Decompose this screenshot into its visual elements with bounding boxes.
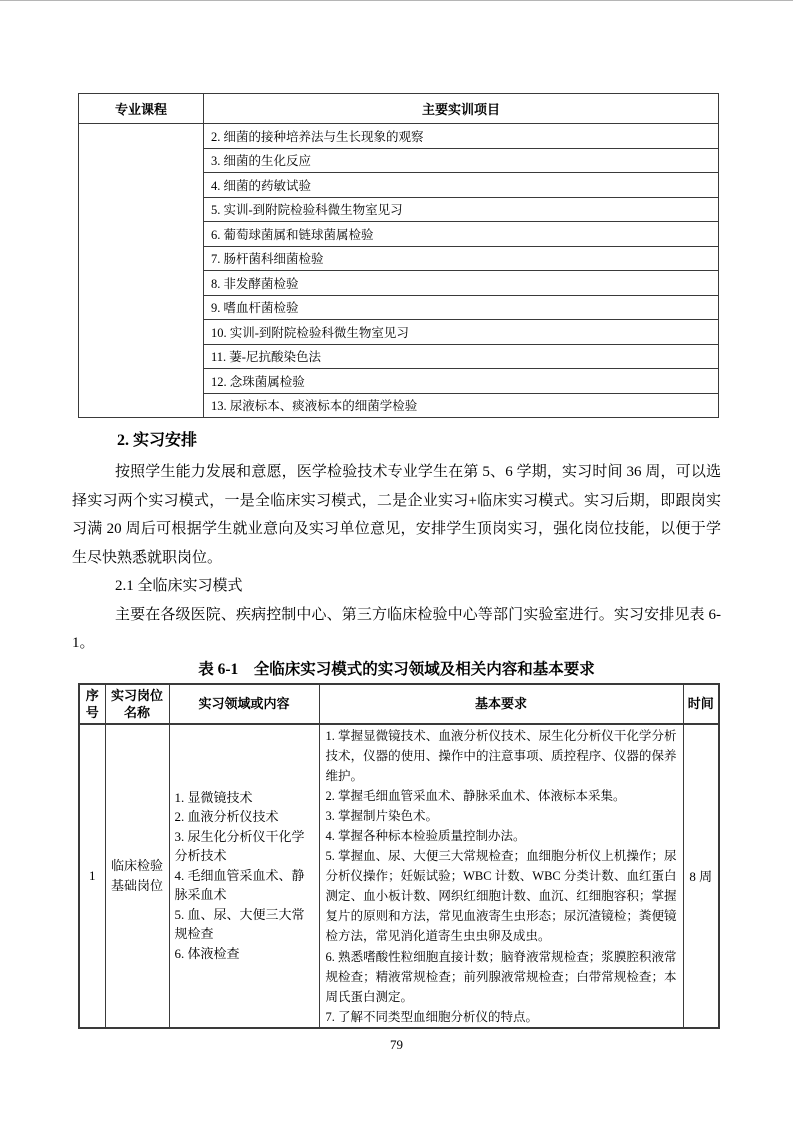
- section-heading: 2. 实习安排: [72, 430, 721, 452]
- table-caption: 表 6-1 全临床实习模式的实习领域及相关内容和基本要求: [72, 660, 721, 679]
- list-item: 1. 显微镜技术: [175, 788, 314, 808]
- training-item-cell: 13. 尿液标本、痰液标本的细菌学检验: [204, 393, 719, 418]
- duration-cell: 8 周: [683, 724, 719, 1028]
- training-item-cell: 11. 萋-尼抗酸染色法: [204, 344, 719, 369]
- table-header-row: 专业课程 主要实训项目: [79, 94, 719, 124]
- column-header-training-items: 主要实训项目: [204, 94, 719, 124]
- requirement-item: 2. 掌握毛细血管采血术、静脉采血术、体液标本采集。: [326, 786, 677, 806]
- column-header-seq: 序号: [79, 684, 105, 724]
- training-item-cell: 10. 实训-到附院检验科微生物室见习: [204, 320, 719, 345]
- training-item-cell: 6. 葡萄球菌属和链球菌属检验: [204, 222, 719, 247]
- course-name-cell: [79, 124, 204, 418]
- training-item-cell: 8. 非发酵菌检验: [204, 271, 719, 296]
- course-training-table: 专业课程 主要实训项目 2. 细菌的接种培养法与生长现象的观察 3. 细菌的生化…: [78, 93, 719, 418]
- requirements-cell: 1. 掌握显微镜技术、血液分析仪技术、尿生化分析仪干化学分析技术，仪器的使用、操…: [319, 724, 683, 1028]
- requirement-item: 3. 掌握制片染色术。: [326, 806, 677, 826]
- seq-cell: 1: [79, 724, 105, 1028]
- list-item: 4. 毛细血管采血术、静脉采血术: [175, 866, 314, 905]
- list-item: 5. 血、尿、大便三大常规检查: [175, 905, 314, 944]
- table-header-row: 序号 实习岗位名称 实习领域或内容 基本要求 时间: [79, 684, 719, 724]
- subsection-heading: 2.1 全临床实习模式: [72, 572, 721, 601]
- training-item-cell: 5. 实训-到附院检验科微生物室见习: [204, 197, 719, 222]
- column-header-course: 专业课程: [79, 94, 204, 124]
- training-item-cell: 4. 细菌的药敏试验: [204, 173, 719, 198]
- training-item-cell: 9. 嗜血杆菌检验: [204, 295, 719, 320]
- page-content: 专业课程 主要实训项目 2. 细菌的接种培养法与生长现象的观察 3. 细菌的生化…: [72, 93, 721, 1029]
- internship-table: 序号 实习岗位名称 实习领域或内容 基本要求 时间 1 临床检验基础岗位 1. …: [78, 683, 720, 1029]
- requirement-item: 1. 掌握显微镜技术、血液分析仪技术、尿生化分析仪干化学分析技术，仪器的使用、操…: [326, 726, 677, 786]
- training-item-cell: 2. 细菌的接种培养法与生长现象的观察: [204, 124, 719, 149]
- table-row: 1 临床检验基础岗位 1. 显微镜技术 2. 血液分析仪技术 3. 尿生化分析仪…: [79, 724, 719, 1028]
- list-item: 2. 血液分析仪技术: [175, 807, 314, 827]
- requirement-item: 7. 了解不同类型血细胞分析仪的特点。: [326, 1007, 677, 1027]
- body-paragraph: 按照学生能力发展和意愿，医学检验技术专业学生在第 5、6 学期，实习时间 36 …: [72, 458, 721, 572]
- requirement-item: 5. 掌握血、尿、大便三大常规检查；血细胞分析仪上机操作；尿分析仪操作；妊娠试验…: [326, 846, 677, 946]
- list-item: 6. 体液检查: [175, 944, 314, 964]
- column-header-requirements: 基本要求: [319, 684, 683, 724]
- document-page: 专业课程 主要实训项目 2. 细菌的接种培养法与生长现象的观察 3. 细菌的生化…: [0, 0, 793, 1122]
- requirement-item: 4. 掌握各种标本检验质量控制办法。: [326, 826, 677, 846]
- position-cell: 临床检验基础岗位: [105, 724, 169, 1028]
- column-header-position: 实习岗位名称: [105, 684, 169, 724]
- requirement-item: 6. 熟悉嗜酸性粒细胞直接计数；脑脊液常规检查；浆膜腔积液常规检查；精液常规检查…: [326, 947, 677, 1007]
- table-row: 2. 细菌的接种培养法与生长现象的观察: [79, 124, 719, 149]
- areas-cell: 1. 显微镜技术 2. 血液分析仪技术 3. 尿生化分析仪干化学分析技术 4. …: [169, 724, 319, 1028]
- column-header-areas: 实习领域或内容: [169, 684, 319, 724]
- body-paragraph: 主要在各级医院、疾病控制中心、第三方临床检验中心等部门实验室进行。实习安排见表 …: [72, 601, 721, 658]
- training-item-cell: 7. 肠杆菌科细菌检验: [204, 246, 719, 271]
- training-item-cell: 3. 细菌的生化反应: [204, 148, 719, 173]
- column-header-duration: 时间: [683, 684, 719, 724]
- list-item: 3. 尿生化分析仪干化学分析技术: [175, 827, 314, 866]
- training-item-cell: 12. 念珠菌属检验: [204, 369, 719, 394]
- page-number: 79: [0, 1037, 793, 1053]
